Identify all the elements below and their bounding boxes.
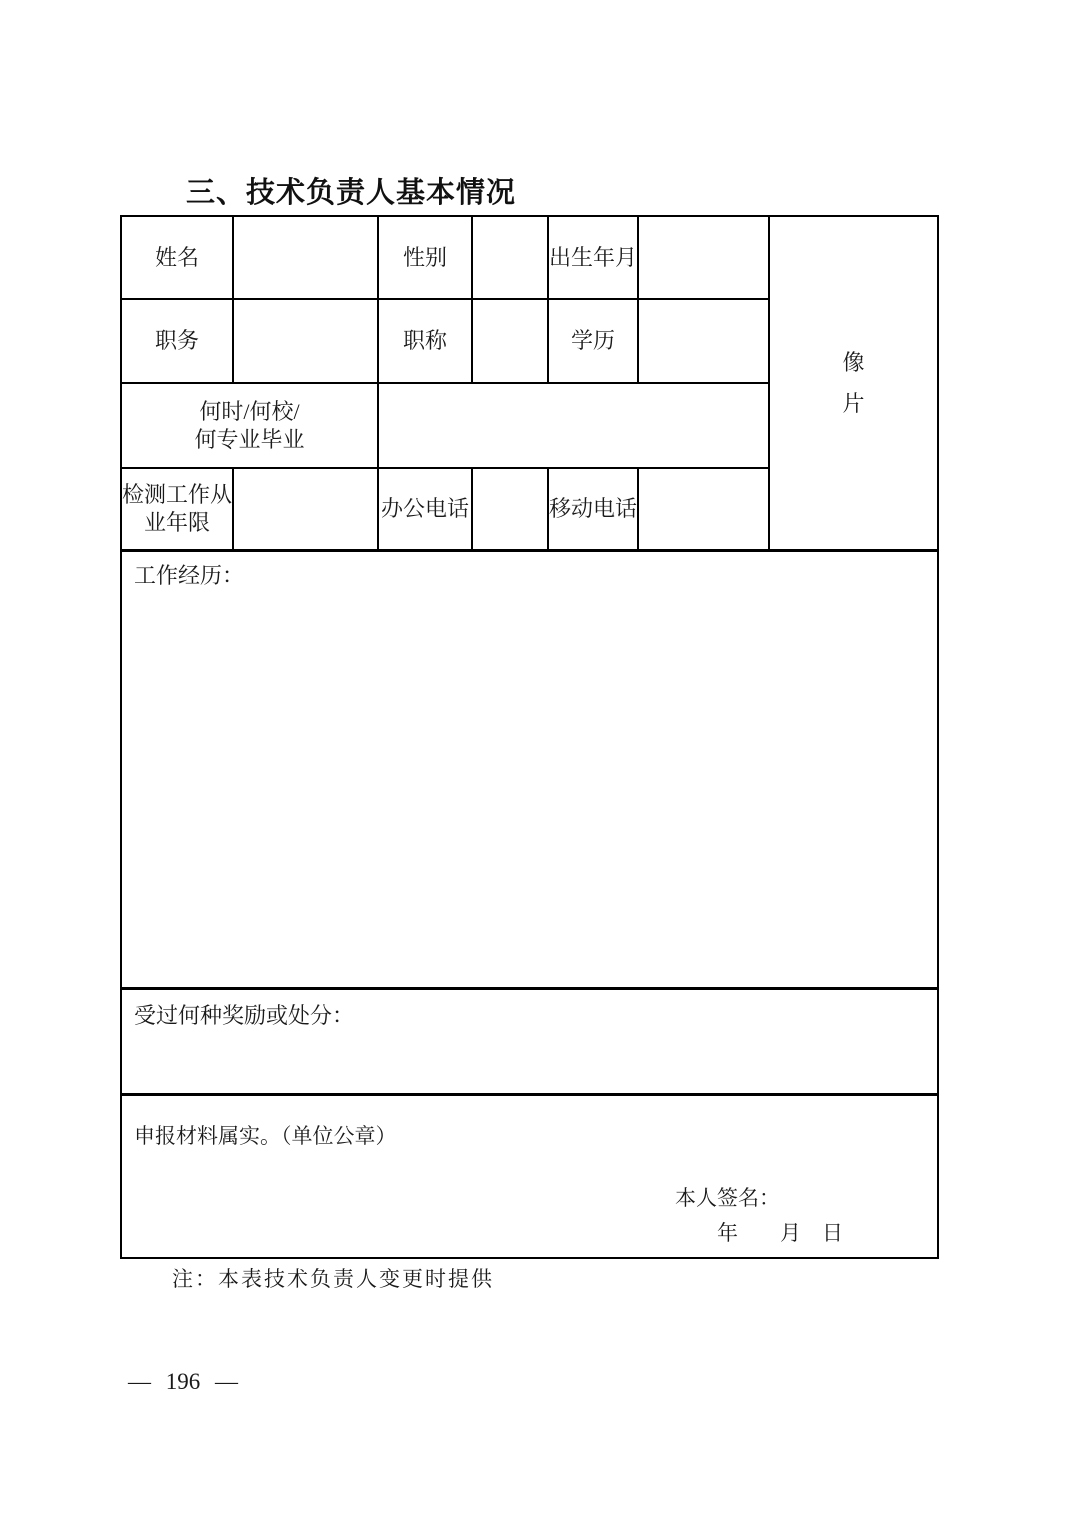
- tech-lead-info-table: 姓名 性别 出生年月 像 片 职务 职称 学历 何时/何校/ 何专业毕业: [120, 215, 939, 1259]
- section-title: 三、技术负责人基本情况: [186, 177, 516, 210]
- graduation-value-cell: [378, 383, 769, 468]
- photo-cell: 像 片: [769, 216, 938, 550]
- mobile-phone-value-cell: [638, 468, 769, 550]
- job-title-label: 职称: [378, 299, 472, 383]
- date-line: 年 月 日: [717, 1217, 843, 1247]
- row-name-gender-birth: 姓名 性别 出生年月 像 片: [121, 216, 938, 299]
- testing-years-label: 检测工作从 业年限: [121, 468, 233, 550]
- office-phone-value-cell: [472, 468, 548, 550]
- awards-cell: 受过何种奖励或处分：: [121, 988, 938, 1094]
- education-value-cell: [638, 299, 769, 383]
- birth-date-value-cell: [638, 216, 769, 299]
- declaration-text: 申报材料属实。（单位公章）: [134, 1120, 397, 1150]
- declaration-cell: 申报材料属实。（单位公章） 本人签名： 年 月 日: [121, 1094, 938, 1258]
- office-phone-label: 办公电话: [378, 468, 472, 550]
- education-label: 学历: [548, 299, 638, 383]
- testing-years-value-cell: [233, 468, 378, 550]
- work-history-label: 工作经历：: [134, 563, 244, 588]
- gender-label: 性别: [378, 216, 472, 299]
- row-awards-punishments: 受过何种奖励或处分：: [121, 988, 938, 1094]
- job-title-value-cell: [472, 299, 548, 383]
- graduation-label: 何时/何校/ 何专业毕业: [121, 383, 378, 468]
- name-label: 姓名: [121, 216, 233, 299]
- work-history-cell: 工作经历：: [121, 550, 938, 988]
- page-number: — 196 —: [128, 1369, 238, 1395]
- document-page: 三、技术负责人基本情况 姓名 性别 出生年月 像 片 职务: [0, 0, 1075, 1519]
- signature-label: 本人签名：: [675, 1182, 780, 1212]
- position-value-cell: [233, 299, 378, 383]
- row-work-history: 工作经历：: [121, 550, 938, 988]
- footnote: 注：本表技术负责人变更时提供: [172, 1263, 494, 1293]
- birth-date-label: 出生年月: [548, 216, 638, 299]
- name-value-cell: [233, 216, 378, 299]
- position-label: 职务: [121, 299, 233, 383]
- mobile-phone-label: 移动电话: [548, 468, 638, 550]
- awards-label: 受过何种奖励或处分：: [134, 1003, 354, 1028]
- row-declaration: 申报材料属实。（单位公章） 本人签名： 年 月 日: [121, 1094, 938, 1258]
- gender-value-cell: [472, 216, 548, 299]
